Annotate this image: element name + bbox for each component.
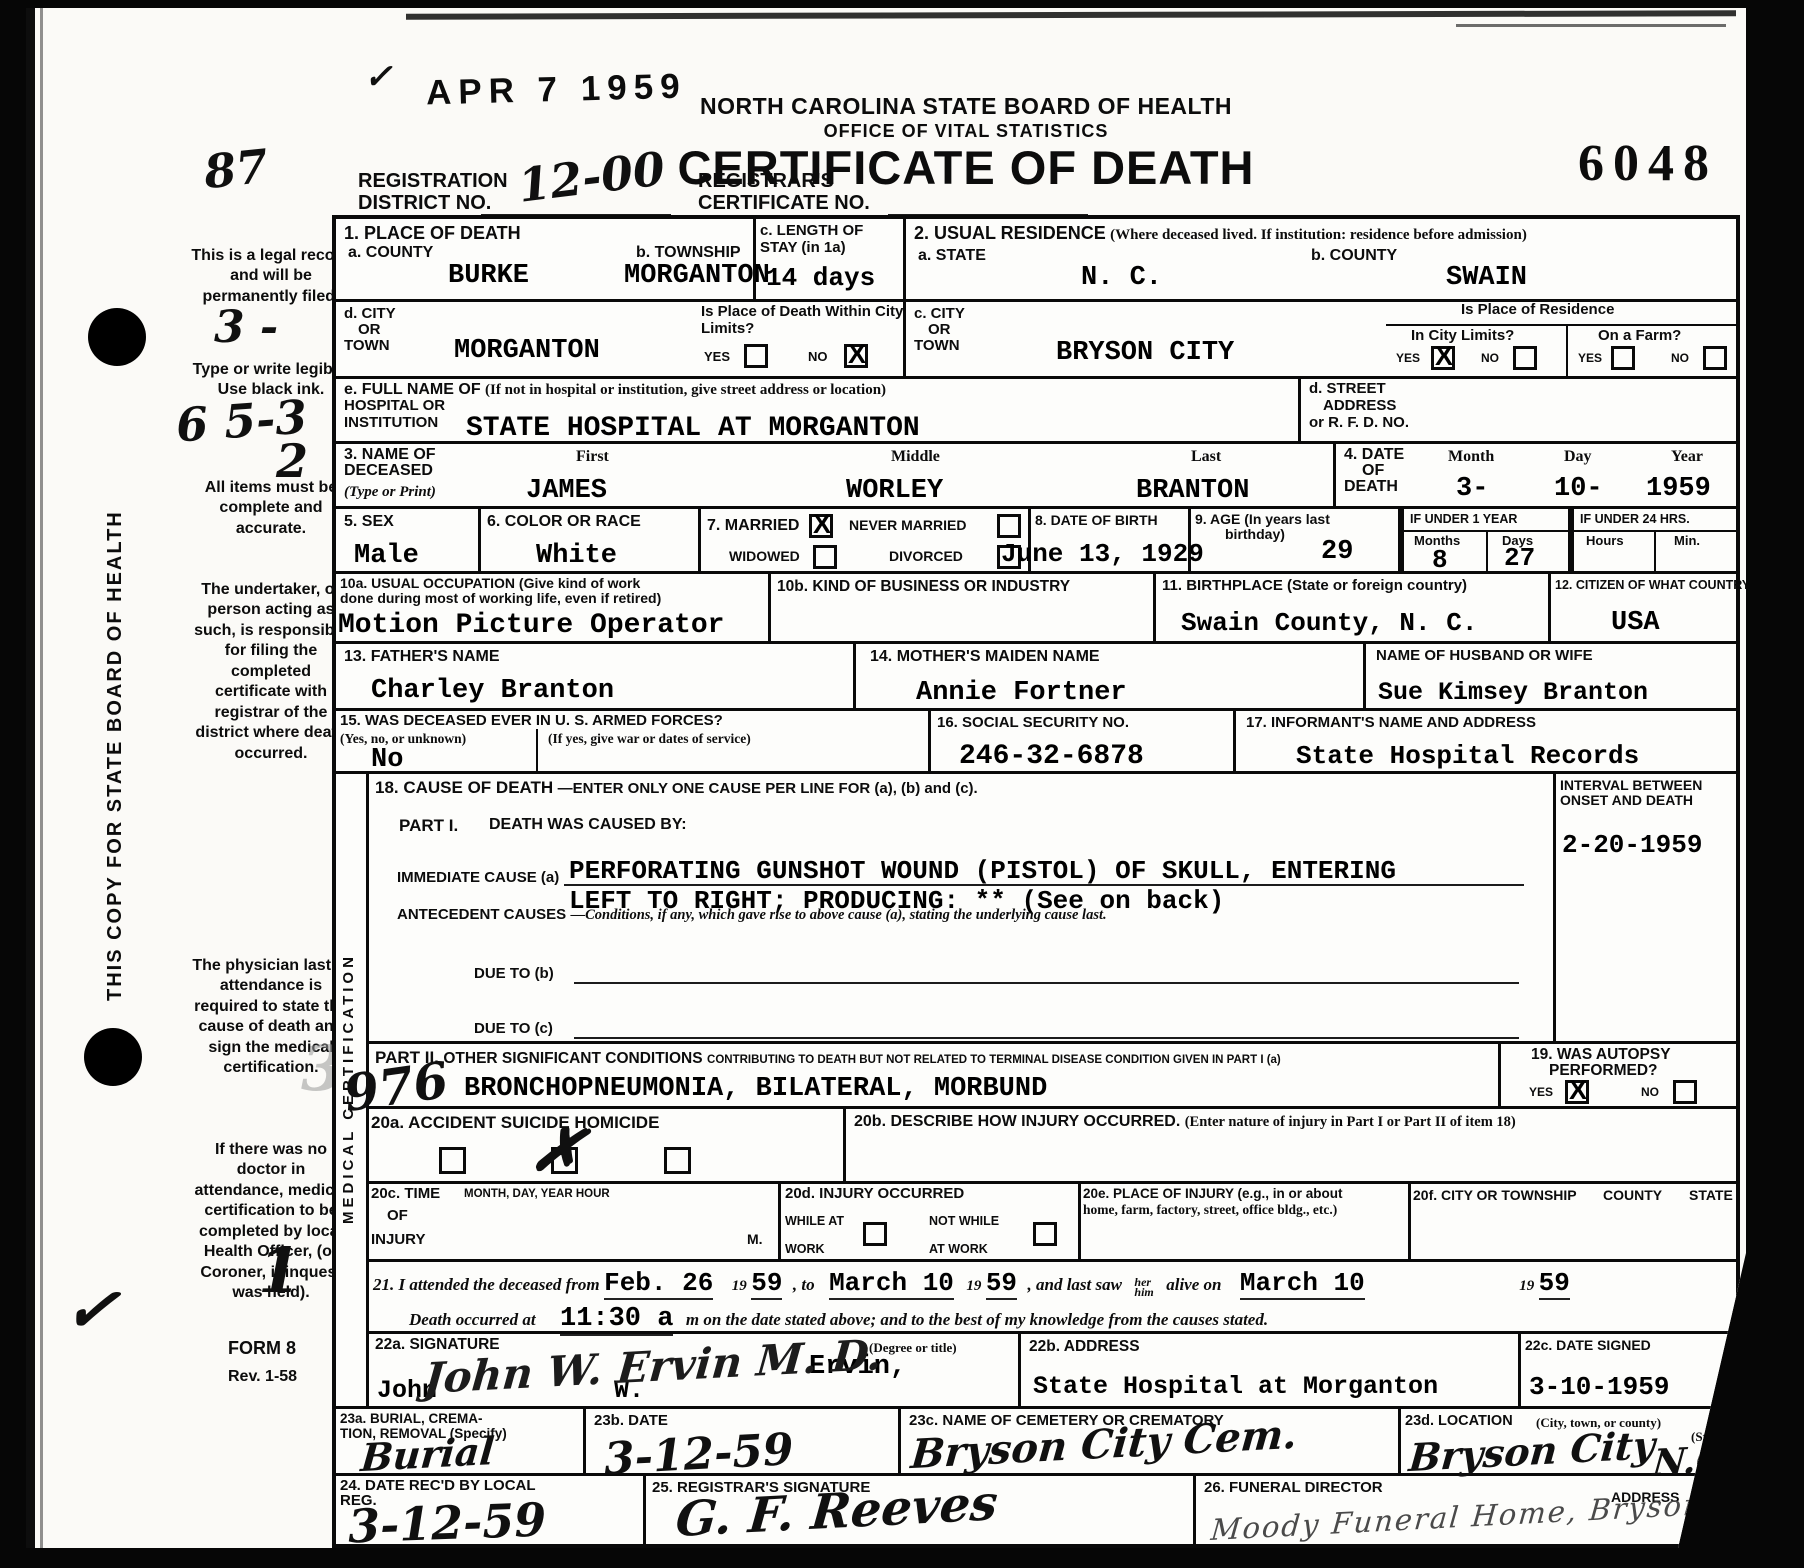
time-injury-label-2: MONTH, DAY, YEAR HOUR	[464, 1188, 610, 1201]
death-day-label: Day	[1564, 448, 1592, 466]
field-street-address: d. STREET ADDRESS or R. F. D. NO.	[1301, 379, 1736, 444]
death-limits-yes-label: YES	[704, 350, 730, 365]
funeral-director-label: 26. FUNERAL DIRECTOR	[1204, 1480, 1383, 1497]
divorced-label: DIVORCED	[889, 549, 963, 565]
her-him-stack: her him	[1134, 1277, 1153, 1297]
checkmark-bottom: ✓	[61, 1273, 123, 1344]
age-value: 29	[1321, 539, 1353, 566]
father-value: Charley Branton	[371, 678, 614, 705]
field-describe-injury: 20b. DESCRIBE HOW INJURY OCCURRED. (Ente…	[846, 1109, 1736, 1184]
hospital-hint: (If not in hospital or institution, give…	[485, 382, 886, 398]
field-place-of-death: 1. PLACE OF DEATH a. COUNTY BURKE b. TOW…	[336, 219, 756, 302]
race-label: 6. COLOR OR RACE	[487, 513, 641, 531]
place-injury-label-2: home, farm, factory, street, office bldg…	[1083, 1202, 1337, 1218]
residence-divider-line	[1386, 324, 1736, 326]
middle-name-label: Middle	[891, 448, 940, 466]
age-label-2: birthday)	[1225, 527, 1285, 543]
date-of-death-label-3: DEATH	[1344, 478, 1398, 496]
street-label-2: ADDRESS	[1323, 398, 1396, 415]
field-husband-or-wife: NAME OF HUSBAND OR WIFE Sue Kimsey Brant…	[1366, 644, 1736, 711]
copy-designation-vertical: THIS COPY FOR STATE BOARD OF HEALTH	[104, 503, 134, 1008]
field-if-under-1-year: IF UNDER 1 YEAR Months 8 Days 27	[1401, 509, 1571, 574]
certificate-form: 1. PLACE OF DEATH a. COUNTY BURKE b. TOW…	[332, 215, 1740, 1548]
in-city-limits-label: In City Limits?	[1411, 328, 1514, 345]
checkmark-top: ✓	[364, 60, 393, 94]
death-occurred-pre: Death occurred at	[409, 1310, 536, 1329]
attended-from-value: Feb. 26	[604, 1268, 713, 1300]
residence-limits-yes-mark: X	[1435, 343, 1453, 370]
field-citizen: 12. CITIZEN OF WHAT COUNTRY? USA	[1551, 574, 1736, 644]
margin-hand-3: 3 -	[214, 306, 278, 350]
usual-residence-hint: (Where deceased lived. If institution: r…	[1110, 227, 1527, 243]
sex-value: Male	[354, 543, 419, 570]
death-limits-no-mark: X	[848, 341, 866, 368]
township-value: MORGANTON	[624, 263, 770, 290]
field-death-city-town: d. CITY OR TOWN MORGANTON Is Place of De…	[336, 302, 906, 379]
part2-title-rest: CONTRIBUTING TO DEATH BUT NOT RELATED TO…	[707, 1054, 1281, 1066]
birth-date-label: 8. DATE OF BIRTH	[1035, 513, 1158, 529]
part2-value: BRONCHOPNEUMONIA, BILATERAL, MORBUND	[464, 1076, 1047, 1103]
due-to-b-label: DUE TO (b)	[474, 966, 554, 983]
birthplace-label: 11. BIRTHPLACE (State or foreign country…	[1162, 578, 1467, 595]
death-year-label: Year	[1671, 448, 1703, 466]
never-married-label: NEVER MARRIED	[849, 518, 966, 534]
death-occurred-post: m on the date stated above; and to the b…	[686, 1310, 1268, 1329]
hospital-value: STATE HOSPITAL AT MORGANTON	[466, 415, 920, 443]
under-24-hrs-label: IF UNDER 24 HRS.	[1580, 512, 1690, 526]
hole-punch-bottom	[84, 1028, 142, 1086]
death-month-value: 3-	[1456, 476, 1488, 503]
time-injury-label-4: INJURY	[371, 1232, 425, 1249]
physician-address-label: 22b. ADDRESS	[1029, 1338, 1140, 1355]
margin-note-complete: All items must be complete and accurate.	[191, 478, 351, 539]
residence-city-value: BRYSON CITY	[1056, 340, 1234, 367]
checkbox-residence-limits-no	[1513, 346, 1537, 370]
married-label: 7. MARRIED	[707, 517, 799, 535]
business-label: 10b. KIND OF BUSINESS OR INDUSTRY	[777, 578, 1070, 595]
field-place-of-injury: 20e. PLACE OF INJURY (e.g., in or about …	[1081, 1184, 1411, 1262]
is-place-of-residence-label: Is Place of Residence	[1461, 302, 1614, 319]
certificate-number: 6048	[1578, 134, 1718, 193]
cause-title-rest: —ENTER ONLY ONE CAUSE PER LINE FOR (a), …	[558, 780, 978, 797]
first-name-label: First	[576, 448, 609, 466]
attended-to-year: 59	[986, 1268, 1017, 1300]
burial-label-1: 23a. BURIAL, CREMA-	[340, 1411, 483, 1426]
months-days-divider	[1486, 530, 1488, 571]
field-funeral-director: 26. FUNERAL DIRECTOR ADDRESS Moody Funer…	[1196, 1476, 1736, 1544]
attended-to-label: , to	[793, 1275, 815, 1294]
county-value: BURKE	[448, 263, 529, 290]
field-burial-cremation: 23a. BURIAL, CREMA- TION, REMOVAL (Speci…	[336, 1409, 586, 1476]
residence-state-value: N. C.	[1081, 265, 1162, 292]
attended-to-value: March 10	[829, 1268, 954, 1300]
last-name-value: BRANTON	[1136, 478, 1249, 505]
death-city-value: MORGANTON	[454, 338, 600, 365]
checkbox-married: X	[809, 514, 833, 538]
suicide-mark: ✗	[527, 1116, 589, 1187]
armed-forces-value: No	[371, 747, 403, 774]
hospital-label: e. FULL NAME OF	[344, 381, 481, 398]
armed-forces-hint-2: (If yes, give war or dates of service)	[548, 731, 751, 747]
death-day-value: 10-	[1554, 476, 1603, 503]
attended-year-pre-1: 19	[732, 1278, 747, 1294]
field-social-security: 16. SOCIAL SECURITY NO. 246-32-6878	[931, 711, 1236, 774]
interval-label-2: ONSET AND DEATH	[1560, 793, 1693, 809]
occupation-value: Motion Picture Operator	[338, 612, 724, 640]
field-length-of-stay: c. LENGTH OF STAY (in 1a) 14 days	[756, 219, 906, 302]
field-if-under-24-hrs: IF UNDER 24 HRS. Hours Min.	[1571, 509, 1736, 574]
date-received-value: 3-12-59	[347, 1497, 547, 1550]
field-marital-status: 7. MARRIED X NEVER MARRIED WIDOWED DIVOR…	[701, 509, 1031, 574]
while-work-label: WORK	[785, 1242, 825, 1256]
middle-name-value: WORLEY	[846, 478, 943, 505]
due-to-c-label: DUE TO (c)	[474, 1021, 553, 1038]
residence-farm-divider	[1566, 324, 1568, 376]
injury-city-label: 20f. CITY OR TOWNSHIP	[1413, 1188, 1577, 1204]
place-injury-label-1: 20e. PLACE OF INJURY (e.g., in or about	[1083, 1186, 1343, 1201]
checkbox-autopsy-yes: X	[1565, 1080, 1589, 1104]
autopsy-label-1: 19. WAS AUTOPSY	[1531, 1046, 1671, 1063]
registration-district-label-2: DISTRICT NO.	[358, 192, 491, 214]
hospital-label-3: INSTITUTION	[344, 415, 438, 432]
attended-year-pre-2: 19	[966, 1278, 981, 1294]
scan-streak-top	[406, 10, 1736, 19]
spouse-value: Sue Kimsey Branton	[1378, 680, 1648, 705]
location-value: Bryson City	[1407, 1426, 1656, 1477]
margin-note-legal: This is a legal record and will be perma…	[191, 246, 351, 307]
street-label-1: d. STREET	[1309, 381, 1386, 398]
part1-label: PART I.	[399, 816, 458, 835]
registration-district-label-1: REGISTRATION	[358, 170, 508, 192]
office-subtitle: OFFICE OF VITAL STATISTICS	[586, 121, 1346, 141]
checkbox-autopsy-no	[1673, 1080, 1697, 1104]
place-of-death-title: 1. PLACE OF DEATH	[344, 223, 521, 243]
scan-streak-top-2	[1456, 24, 1726, 27]
antecedent-hint: —Conditions, if any, which gave rise to …	[571, 907, 1107, 923]
length-of-stay-value: 14 days	[766, 265, 875, 291]
cause-title: 18. CAUSE OF DEATH	[375, 778, 553, 797]
checkbox-not-while-at-work	[1033, 1222, 1057, 1246]
field-injury-city-township: 20f. CITY OR TOWNSHIP COUNTY STATE	[1411, 1184, 1736, 1262]
field-hospital-name: e. FULL NAME OF (If not in hospital or i…	[336, 379, 1301, 444]
last-seen-value: March 10	[1240, 1268, 1365, 1300]
checkbox-widowed	[813, 545, 837, 569]
last-name-label: Last	[1191, 448, 1221, 466]
informant-value: State Hospital Records	[1296, 743, 1639, 769]
field-usual-residence: 2. USUAL RESIDENCE (Where deceased lived…	[906, 219, 1736, 302]
injury-county-label: COUNTY	[1603, 1188, 1662, 1204]
handwritten-page-number: 87	[202, 143, 270, 195]
residence-county-label: b. COUNTY	[1311, 247, 1397, 265]
hours-label: Hours	[1586, 534, 1624, 549]
autopsy-no-label: NO	[1641, 1086, 1659, 1099]
burial-date-value: 3-12-59	[603, 1428, 795, 1482]
location-label: 23d. LOCATION	[1405, 1413, 1513, 1429]
date-signed-value: 3-10-1959	[1529, 1374, 1669, 1400]
antecedent-label: ANTECEDENT CAUSES	[397, 906, 566, 923]
field-accident-suicide-homicide: 20a. ACCIDENT SUICIDE HOMICIDE ✗	[369, 1109, 846, 1184]
field-fathers-name: 13. FATHER'S NAME Charley Branton	[336, 644, 856, 711]
death-city-limits-q1: Is Place of Death Within City	[701, 304, 903, 321]
citizen-value: USA	[1611, 610, 1660, 637]
asv-label: 20a. ACCIDENT SUICIDE HOMICIDE	[371, 1113, 659, 1132]
time-injury-label-3: OF	[387, 1208, 408, 1225]
married-mark: X	[813, 511, 831, 538]
part1-text: DEATH WAS CAUSED BY:	[489, 816, 687, 834]
field-date-of-death: 4. DATE OF DEATH Month 3- Day 10- Year 1…	[1336, 444, 1736, 509]
checkbox-death-limits-yes	[744, 344, 768, 368]
field-registrar-signature: 25. REGISTRAR'S SIGNATURE G. F. Reeves	[646, 1476, 1196, 1544]
death-year-value: 1959	[1646, 476, 1711, 503]
on-a-farm-label: On a Farm?	[1598, 328, 1681, 345]
physician-address-value: State Hospital at Morganton	[1033, 1374, 1438, 1399]
residence-state-label: a. STATE	[918, 247, 986, 265]
time-injury-label-1: 20c. TIME	[371, 1186, 440, 1203]
field-usual-occupation: 10a. USUAL OCCUPATION (Give kind of work…	[336, 574, 771, 644]
field-residence-city-town: c. CITY OR TOWN BRYSON CITY Is Place of …	[906, 302, 1736, 379]
residence-limits-yes-label: YES	[1396, 352, 1420, 365]
form-number: FORM 8	[228, 1338, 296, 1358]
margin-note-undertaker: The undertaker, or person acting as such…	[191, 580, 351, 764]
residence-limits-no-label: NO	[1481, 352, 1499, 365]
death-month-label: Month	[1448, 448, 1494, 466]
field-part2-conditions: PART II. OTHER SIGNIFICANT CONDITIONS CO…	[369, 1044, 1501, 1109]
field-injury-occurred: 20d. INJURY OCCURRED WHILE AT WORK NOT W…	[781, 1184, 1081, 1262]
min-label: Min.	[1674, 534, 1700, 549]
ssn-label: 16. SOCIAL SECURITY NO.	[937, 715, 1129, 732]
death-city-label-3: TOWN	[344, 338, 390, 355]
field-date-of-birth: 8. DATE OF BIRTH June 13, 1929	[1031, 509, 1191, 574]
length-of-stay-label-2: STAY (in 1a)	[760, 240, 846, 257]
field-age: 9. AGE (In years last birthday) 29	[1191, 509, 1401, 574]
field-color-or-race: 6. COLOR OR RACE White	[481, 509, 701, 574]
residence-county-value: SWAIN	[1446, 265, 1527, 292]
length-of-stay-label-1: c. LENGTH OF	[760, 223, 863, 240]
burial-date-label: 23b. DATE	[594, 1413, 668, 1430]
field-physician-address: 22b. ADDRESS State Hospital at Morganton	[1021, 1334, 1521, 1409]
field-armed-forces: 15. WAS DECEASED EVER IN U. S. ARMED FOR…	[336, 711, 931, 774]
field-autopsy: 19. WAS AUTOPSY PERFORMED? YES X NO	[1501, 1044, 1736, 1109]
township-label: b. TOWNSHIP	[636, 244, 741, 262]
due-to-b-line	[574, 982, 1519, 984]
armed-forces-hint-1: (Yes, no, or unknown)	[340, 731, 466, 747]
days-value: 27	[1504, 545, 1535, 571]
street-label-3: or R. F. D. NO.	[1309, 415, 1409, 432]
autopsy-label-2: PERFORMED?	[1549, 1062, 1658, 1079]
field-cemetery-location: 23d. LOCATION (City, town, or county) (S…	[1401, 1409, 1736, 1476]
checkbox-homicide	[664, 1147, 691, 1174]
board-title: NORTH CAROLINA STATE BOARD OF HEALTH	[586, 94, 1346, 120]
him-label: him	[1134, 1287, 1153, 1297]
county-label: a. COUNTY	[348, 244, 433, 262]
ssn-value: 246-32-6878	[959, 743, 1144, 771]
field-sex: 5. SEX Male	[336, 509, 481, 574]
checkbox-never-married	[997, 514, 1021, 538]
usual-residence-title: 2. USUAL RESIDENCE	[914, 223, 1106, 243]
death-city-limits-q2: Limits?	[701, 321, 754, 338]
checkbox-farm-no	[1703, 346, 1727, 370]
first-name-value: JAMES	[526, 478, 607, 505]
field-informant: 17. INFORMANT'S NAME AND ADDRESS State H…	[1236, 711, 1736, 774]
form-revision: Rev. 1-58	[228, 1368, 297, 1386]
death-limits-no-label: NO	[808, 350, 828, 365]
field-cause-of-death: 18. CAUSE OF DEATH —ENTER ONLY ONE CAUSE…	[369, 774, 1556, 1044]
margin-hand-1: 1	[258, 1240, 301, 1302]
death-certificate-scan: { "page": { "check_top": "✓", "stamp_dat…	[0, 0, 1804, 1568]
field-physician-signature: 22a. SIGNATURE (Degree or title) John W.…	[369, 1334, 1021, 1409]
armed-forces-divider	[536, 729, 538, 771]
registrar-certificate-label-2: CERTIFICATE NO.	[698, 192, 870, 214]
field-date-received: 24. DATE REC'D BY LOCAL REG. 3-12-59	[336, 1476, 646, 1544]
field-mothers-maiden-name: 14. MOTHER'S MAIDEN NAME Annie Fortner	[856, 644, 1366, 711]
not-while-label: NOT WHILE	[929, 1214, 999, 1228]
field-date-signed: 22c. DATE SIGNED 3-10-1959	[1521, 1334, 1736, 1409]
attended-year-pre-3: 19	[1519, 1278, 1534, 1294]
attended-saw-label: , and last saw	[1027, 1275, 1121, 1294]
farm-yes-label: YES	[1578, 352, 1602, 365]
part2-title: OTHER SIGNIFICANT CONDITIONS	[443, 1050, 702, 1067]
autopsy-yes-mark: X	[1569, 1077, 1587, 1104]
interval-value: 2-20-1959	[1562, 832, 1702, 858]
scan-edge-left-2	[40, 8, 43, 1548]
spouse-label: NAME OF HUSBAND OR WIFE	[1376, 648, 1593, 665]
mother-value: Annie Fortner	[916, 680, 1127, 707]
field-birthplace: 11. BIRTHPLACE (State or foreign country…	[1156, 574, 1551, 644]
birthplace-value: Swain County, N. C.	[1181, 610, 1477, 636]
attended-from-year: 59	[751, 1268, 782, 1300]
hospital-label-2: HOSPITAL OR	[344, 398, 445, 415]
field-time-of-injury: 20c. TIME MONTH, DAY, YEAR HOUR OF INJUR…	[369, 1184, 781, 1262]
attended-pre: 21. I attended the deceased from	[373, 1275, 600, 1294]
describe-injury-hint: (Enter nature of injury in Part I or Par…	[1185, 1114, 1516, 1130]
registrar-certificate-label-1: REGISTRAR'S	[698, 170, 834, 192]
informant-label: 17. INFORMANT'S NAME AND ADDRESS	[1246, 715, 1536, 732]
field-burial-date: 23b. DATE 3-12-59	[586, 1409, 901, 1476]
checkbox-death-limits-no: X	[844, 344, 868, 368]
citizen-label: 12. CITIZEN OF WHAT COUNTRY?	[1555, 578, 1758, 592]
sex-label: 5. SEX	[344, 513, 394, 531]
deceased-label-3: (Type or Print)	[344, 484, 436, 501]
farm-no-label: NO	[1671, 352, 1689, 365]
alive-on-label: alive on	[1166, 1275, 1221, 1294]
under-1-year-label: IF UNDER 1 YEAR	[1410, 512, 1517, 526]
certificate-paper: ✓ APR 7 1959 NORTH CAROLINA STATE BOARD …	[26, 8, 1746, 1548]
burial-value: Burial	[359, 1432, 495, 1477]
field-cemetery-name: 23c. NAME OF CEMETERY OR CREMATORY Bryso…	[901, 1409, 1401, 1476]
injury-state-label: STATE	[1689, 1188, 1733, 1204]
injury-occurred-label: 20d. INJURY OCCURRED	[785, 1186, 964, 1203]
death-time-value: 11:30 a	[560, 1304, 673, 1336]
last-seen-year: 59	[1539, 1268, 1570, 1300]
immediate-cause-label: IMMEDIATE CAUSE (a)	[397, 870, 559, 887]
mother-label: 14. MOTHER'S MAIDEN NAME	[870, 648, 1100, 666]
describe-injury-label: 20b. DESCRIBE HOW INJURY OCCURRED.	[854, 1113, 1180, 1130]
checkbox-residence-limits-yes: X	[1431, 346, 1455, 370]
field-name-of-deceased: 3. NAME OF DECEASED (Type or Print) Firs…	[336, 444, 1336, 509]
registration-district-value: 12-00	[516, 145, 668, 209]
birth-date-value: June 13, 1929	[1001, 541, 1204, 567]
hours-min-divider	[1654, 530, 1656, 571]
autopsy-yes-label: YES	[1529, 1086, 1553, 1099]
field-interval-onset-death: INTERVAL BETWEEN ONSET AND DEATH 2-20-19…	[1556, 774, 1736, 1044]
field-business-industry: 10b. KIND OF BUSINESS OR INDUSTRY	[771, 574, 1156, 644]
race-value: White	[536, 543, 617, 570]
date-signed-label: 22c. DATE SIGNED	[1525, 1338, 1651, 1354]
father-label: 13. FATHER'S NAME	[344, 648, 500, 666]
widowed-label: WIDOWED	[729, 549, 800, 565]
registrar-signature-value: G. F. Reeves	[674, 1479, 1000, 1544]
field-attended-statement: 21. I attended the deceased from Feb. 26…	[369, 1262, 1736, 1334]
due-to-c-line	[574, 1037, 1519, 1039]
while-at-label: WHILE AT	[785, 1214, 844, 1228]
deceased-label-2: DECEASED	[344, 462, 433, 480]
scan-edge-left	[26, 8, 35, 1548]
immediate-cause-value-1: PERFORATING GUNSHOT WOUND (PISTOL) OF SK…	[569, 858, 1396, 884]
months-value: 8	[1432, 547, 1448, 573]
time-injury-m-label: M.	[747, 1232, 763, 1248]
checkbox-accident	[439, 1147, 466, 1174]
armed-forces-label: 15. WAS DECEASED EVER IN U. S. ARMED FOR…	[340, 713, 723, 730]
checkbox-while-at-work	[863, 1222, 887, 1246]
checkbox-farm-yes	[1611, 346, 1635, 370]
not-while-work-label: AT WORK	[929, 1242, 988, 1256]
hole-punch-top	[88, 308, 146, 366]
residence-city-label-3: TOWN	[914, 338, 960, 355]
occupation-label-2: done during most of working life, even i…	[340, 591, 661, 607]
